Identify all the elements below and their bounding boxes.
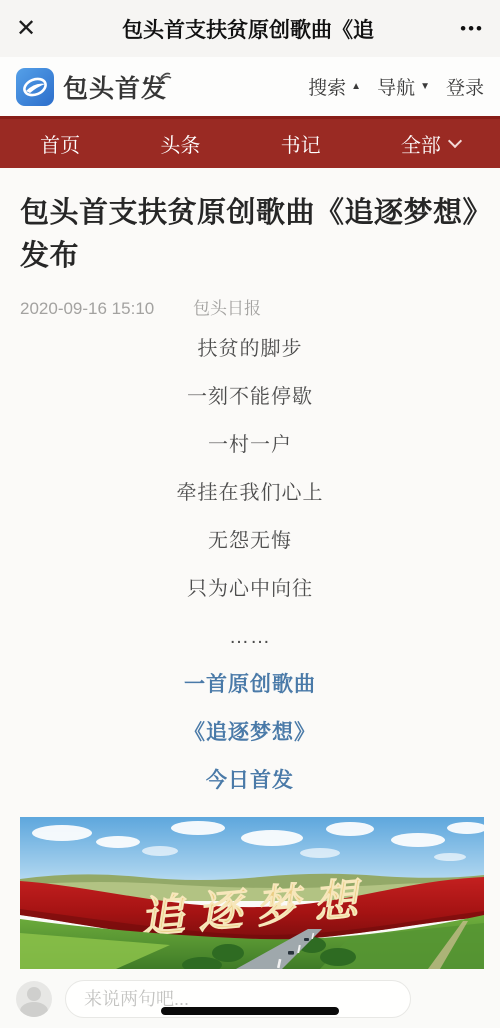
article-meta: 2020-09-16 15:10 包头日报 [20, 294, 480, 319]
header-actions: 搜索 ▲ 导航 ▼ 登录 [308, 73, 484, 100]
nav-tab-all[interactable]: 全部 [395, 129, 466, 158]
login-label: 登录 [446, 73, 484, 100]
avatar [16, 981, 52, 1017]
poem-line: 一村一户 [20, 421, 480, 469]
article-title: 包头首支扶贫原创歌曲《追逐梦想》发布 [20, 192, 480, 278]
site-header: 包头首发 搜索 ▲ 导航 ▼ 登录 [0, 57, 500, 116]
article-hero-image: 追逐梦想 [20, 817, 484, 969]
home-indicator-handle[interactable] [161, 1007, 339, 1015]
poem-line: 牵挂在我们心上 [20, 469, 480, 517]
close-icon[interactable]: ✕ [16, 14, 60, 43]
comment-bar [0, 970, 500, 1028]
page-title: 包头首支扶贫原创歌曲《追 [60, 14, 436, 44]
highlight-line: 一首原创歌曲 [20, 661, 480, 709]
signal-waves-icon [157, 62, 173, 91]
avatar-person-icon [27, 987, 41, 1001]
channel-navbar: 首页 头条 书记 全部 [0, 116, 500, 168]
search-label: 搜索 [308, 73, 346, 100]
more-menu-icon[interactable]: ••• [436, 19, 484, 39]
poem-line: 一刻不能停歇 [20, 373, 480, 421]
publish-date: 2020-09-16 15:10 [20, 299, 154, 318]
triangle-down-icon: ▼ [420, 81, 430, 92]
chevron-down-icon [448, 134, 462, 148]
nav-toggle[interactable]: 导航 ▼ [377, 73, 430, 100]
nav-tab-secretary[interactable]: 书记 [275, 129, 327, 158]
nav-tab-headlines[interactable]: 头条 [154, 129, 206, 158]
nav-label: 导航 [377, 73, 415, 100]
highlight-line: 《追逐梦想》 [20, 709, 480, 757]
titlebar: ✕ 包头首支扶贫原创歌曲《追 ••• [0, 0, 500, 57]
highlight-line: 今日首发 [20, 757, 480, 805]
source-name: 包头日报 [193, 299, 261, 318]
login-button[interactable]: 登录 [446, 73, 484, 100]
poem-line: 只为心中向往 [20, 565, 480, 613]
triangle-up-icon: ▲ [351, 81, 361, 92]
poem-line: 无怨无悔 [20, 517, 480, 565]
highlight-block: 一首原创歌曲 《追逐梦想》 今日首发 [20, 661, 480, 805]
site-logo[interactable]: 包头首发 [16, 68, 167, 106]
logo-wordmark: 包头首发 [63, 69, 167, 105]
search-toggle[interactable]: 搜索 ▲ [308, 73, 361, 100]
poem-line: …… [20, 613, 480, 661]
nav-tab-home[interactable]: 首页 [34, 129, 86, 158]
poem-line: 扶贫的脚步 [20, 325, 480, 373]
article: 包头首支扶贫原创歌曲《追逐梦想》发布 2020-09-16 15:10 包头日报… [0, 168, 500, 969]
logo-swirl-icon [16, 68, 54, 106]
poem-block: 扶贫的脚步 一刻不能停歇 一村一户 牵挂在我们心上 无怨无悔 只为心中向往 …… [20, 325, 480, 661]
